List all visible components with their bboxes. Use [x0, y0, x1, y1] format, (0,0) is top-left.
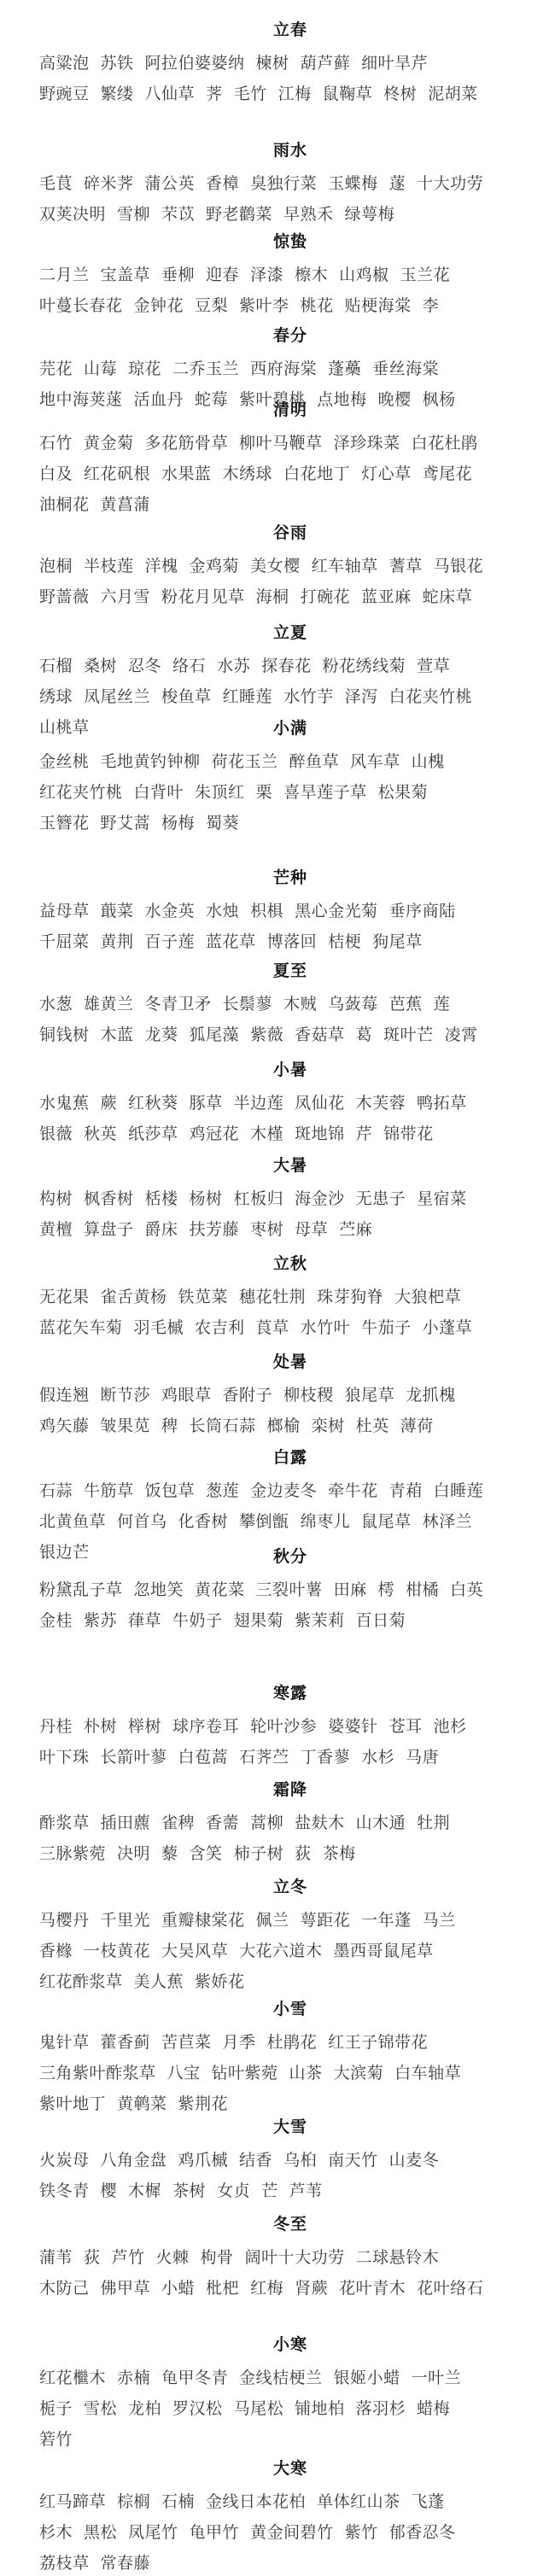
plant-name: 龟甲冬青 [161, 2369, 228, 2387]
plant-name: 牛筋草 [84, 1481, 134, 1500]
plant-name: 金鸡菊 [190, 557, 240, 575]
plant-name: 攀倒甑 [239, 1512, 289, 1531]
plant-name: 红睡莲 [223, 687, 273, 706]
plant-name: 枇杷 [206, 2279, 239, 2298]
plant-name: 六月雪 [101, 587, 151, 606]
plant-name: 酢浆草 [39, 1814, 90, 1832]
plant-name: 细叶旱芹 [361, 54, 428, 73]
plant-name: 黄鹌菜 [117, 2094, 167, 2113]
plant-name: 鼠鞠草 [323, 85, 373, 103]
plant-name: 豚草 [190, 1094, 223, 1113]
plant-name: 蓬蘽 [328, 359, 361, 378]
plant-name: 蓝亚麻 [361, 587, 412, 606]
plant-name: 丹桂 [39, 1717, 73, 1736]
solar-term-heading: 小暑 [0, 1059, 555, 1081]
plant-name: 稗 [161, 1417, 178, 1435]
plant-name: 红秋葵 [128, 1094, 178, 1113]
plant-name: 金桂 [39, 1611, 73, 1630]
plant-name: 花叶络石 [417, 2279, 483, 2298]
plant-line: 银薇秋英纸莎草鸡冠花木槿斑地锦芹锦带花 [39, 1119, 552, 1149]
plant-name: 毛地黄钓钟柳 [101, 752, 201, 771]
plant-name: 构树 [39, 1189, 73, 1208]
plant-name: 玉簪花 [39, 814, 90, 832]
plant-name: 石竹 [39, 434, 73, 453]
plant-name: 决明 [117, 1844, 150, 1863]
plant-line: 紫叶地丁黄鹌菜紫荆花 [39, 2088, 552, 2119]
plant-name: 假连翘 [39, 1386, 90, 1405]
plant-name: 木贼 [283, 995, 317, 1013]
plant-name: 大花六道木 [239, 1942, 323, 1960]
plant-line: 三脉紫菀决明藜含笑柿子树荻茶梅 [39, 1838, 552, 1869]
plant-name: 山麦冬 [389, 2151, 440, 2170]
plant-name: 北黄鱼草 [39, 1512, 106, 1531]
plant-name: 银姬小蜡 [334, 2369, 400, 2387]
plant-name: 白睡莲 [434, 1481, 484, 1500]
plant-name: 葫芦藓 [301, 54, 351, 73]
plant-name: 红马蹄草 [39, 2492, 106, 2511]
plant-name: 香橼 [39, 1942, 73, 1960]
plant-name: 碎米荠 [84, 174, 134, 193]
plant-name: 紫娇花 [195, 1972, 245, 1991]
plant-name: 檫木 [295, 266, 328, 284]
plant-name: 臭独行菜 [250, 174, 317, 193]
solar-term-heading: 夏至 [0, 960, 555, 982]
plant-list: 无花果雀舌黄杨铁苋菜穗花牡荆珠芽狗脊大狼杷草蓝花矢车菊羽毛槭农吉利莨草水竹叶牛茄… [39, 1282, 552, 1343]
plant-name: 海金沙 [295, 1189, 345, 1208]
plant-name: 铁苋菜 [178, 1288, 229, 1306]
plant-line: 高粱泡苏铁阿拉伯婆婆纳楝树葫芦藓细叶旱芹 [39, 48, 552, 79]
plant-name: 金丝桃 [39, 752, 90, 771]
plant-name: 荷花玉兰 [212, 752, 278, 771]
plant-list: 鬼针草藿香蓟苦苣菜月季杜鹃花红王子锦带花三角紫叶酢浆草八宝钻叶紫菀山茶大滨菊白车… [39, 2027, 552, 2119]
plant-list: 酢浆草插田藨雀稗香薷蒿柳盐麸木山木通牡荆三脉紫菀决明藜含笑柿子树荻茶梅 [39, 1808, 552, 1869]
plant-line: 石榴桑树忍冬络石水苏探春花粉花绣线菊萱草 [39, 651, 552, 681]
plant-name: 苦苣菜 [161, 2033, 212, 2052]
plant-line: 绣球凤尾丝兰梭鱼草红睡莲水竹芋泽泻白花夹竹桃 [39, 681, 552, 712]
plant-name: 金线日本花柏 [206, 2492, 306, 2511]
plant-name: 灯心草 [361, 464, 412, 483]
plant-line: 野豌豆繁缕八仙草荠毛竹江梅鼠鞠草柊树泥胡菜 [39, 79, 552, 109]
solar-term-heading: 芒种 [0, 867, 555, 889]
plant-name: 垂序商陆 [389, 902, 456, 920]
plant-name: 二球悬铃木 [356, 2248, 440, 2267]
plant-name: 紫叶地丁 [39, 2094, 106, 2113]
plant-list: 红花檵木赤楠龟甲冬青金线桔梗兰银姬小蜡一叶兰栀子雪松龙柏罗汉松马尾松铺地柏落羽杉… [39, 2363, 552, 2455]
plant-name: 一枝黄花 [84, 1942, 150, 1960]
plant-name: 红花檵木 [39, 2369, 106, 2387]
plant-name: 马尾松 [234, 2399, 284, 2418]
plant-name: 黄檀 [39, 1220, 73, 1239]
plant-name: 阔叶十大功劳 [245, 2248, 345, 2267]
plant-name: 箬竹 [39, 2430, 73, 2449]
plant-name: 棕榈 [117, 2492, 150, 2511]
plant-name: 黄花菜 [195, 1580, 245, 1599]
plant-name: 香樟 [206, 174, 239, 193]
plant-name: 蜡梅 [417, 2399, 450, 2418]
plant-name: 牛奶子 [172, 1611, 223, 1630]
plant-name: 三脉紫菀 [39, 1844, 106, 1863]
plant-name: 冬青卫矛 [145, 995, 212, 1013]
plant-name: 打碗花 [301, 587, 351, 606]
plant-name: 萱草 [417, 657, 450, 675]
plant-name: 红花酢浆草 [39, 1972, 123, 1991]
plant-name: 黄金间碧竹 [250, 2523, 334, 2542]
plant-name: 佛甲草 [101, 2279, 151, 2298]
plant-name: 鸡冠花 [190, 1124, 240, 1143]
plant-name: 一叶兰 [412, 2369, 462, 2387]
plant-name: 泽泻 [345, 687, 378, 706]
plant-name: 鸢尾花 [423, 464, 473, 483]
plant-name: 木樨 [128, 2182, 161, 2200]
plant-name: 枸骨 [201, 2248, 234, 2267]
plant-name: 水竹芋 [283, 687, 334, 706]
plant-line: 金丝桃毛地黄钓钟柳荷花玉兰醉鱼草风车草山槐 [39, 746, 552, 777]
plant-name: 长筒石蒜 [190, 1417, 256, 1435]
plant-name: 益母草 [39, 902, 90, 920]
plant-name: 蒲公英 [145, 174, 196, 193]
solar-term-heading: 小雪 [0, 1998, 555, 2020]
plant-line: 香橼一枝黄花大吴风草大花六道木墨西哥鼠尾草 [39, 1936, 552, 1966]
solar-term-heading: 清明 [0, 399, 555, 421]
plant-name: 赤楠 [117, 2369, 150, 2387]
plant-name: 金钟花 [134, 296, 184, 315]
plant-name: 水杉 [361, 1748, 394, 1767]
plant-list: 毛茛碎米荠蒲公英香樟臭独行菜玉蝶梅蓫十大功劳双荚决明雪柳芣苡野老鹳菜早熟禾绿萼梅 [39, 168, 552, 230]
plant-name: 泽漆 [250, 266, 283, 284]
plant-name: 长箭叶蓼 [101, 1748, 167, 1767]
plant-line: 无花果雀舌黄杨铁苋菜穗花牡荆珠芽狗脊大狼杷草 [39, 1282, 552, 1312]
plant-name: 莨草 [256, 1318, 289, 1337]
plant-name: 双荚决明 [39, 205, 106, 224]
plant-list: 红马蹄草棕榈石楠金线日本花柏单体红山茶飞蓬杉木黑松凤尾竹龟甲竹黄金间碧竹紫竹郁香… [39, 2486, 552, 2576]
plant-name: 蒿柳 [250, 1814, 283, 1832]
plant-name: 小蓬草 [423, 1318, 473, 1337]
plant-name: 铁冬青 [39, 2182, 90, 2200]
plant-name: 皱果苋 [101, 1417, 151, 1435]
plant-name: 芫花 [39, 359, 73, 378]
plant-name: 水葱 [39, 995, 73, 1013]
plant-name: 宝盖草 [101, 266, 151, 284]
plant-name: 木防己 [39, 2279, 90, 2298]
plant-name: 水金英 [145, 902, 196, 920]
plant-name: 大狼杷草 [394, 1288, 461, 1306]
plant-name: 蓝花草 [206, 932, 256, 951]
plant-line: 马樱丹千里光重瓣棣棠花佩兰萼距花一年蓬马兰 [39, 1905, 552, 1936]
plant-name: 凌霄 [445, 1025, 478, 1044]
plant-name: 穗花牡荆 [239, 1288, 306, 1306]
plant-name: 火炭母 [39, 2151, 90, 2170]
plant-name: 杨树 [190, 1189, 223, 1208]
plant-name: 南天竹 [328, 2151, 378, 2170]
plant-name: 化香树 [178, 1512, 229, 1531]
plant-line: 白及红花矾根水果蓝木绣球白花地丁灯心草鸢尾花 [39, 459, 552, 489]
plant-name: 银薇 [39, 1124, 73, 1143]
plant-name: 粉黛乱子草 [39, 1580, 123, 1599]
plant-name: 枳椇 [250, 902, 283, 920]
plant-name: 洋槐 [145, 557, 178, 575]
plant-name: 飞蓬 [412, 2492, 445, 2511]
plant-line: 野蔷薇六月雪粉花月见草海桐打碗花蓝亚麻蛇床草 [39, 581, 552, 612]
plant-name: 铜钱树 [39, 1025, 90, 1044]
plant-name: 花叶青木 [339, 2279, 406, 2298]
plant-name: 柿子树 [234, 1844, 284, 1863]
plant-name: 珠芽狗脊 [317, 1288, 383, 1306]
solar-term-heading: 白露 [0, 1446, 555, 1469]
plant-name: 芦苇 [289, 2182, 323, 2200]
plant-line: 黄檀算盘子爵床扶芳藤枣树母草苎麻 [39, 1214, 552, 1245]
plant-name: 榔榆 [267, 1417, 301, 1435]
plant-name: 林泽兰 [423, 1512, 473, 1531]
plant-name: 蜀葵 [206, 814, 239, 832]
plant-name: 喜旱莲子草 [283, 783, 367, 802]
plant-name: 石荠苎 [239, 1748, 289, 1767]
plant-list: 水葱雄黄兰冬青卫矛长鬃蓼木贼乌蔹莓芭蕉莲铜钱树木蓝龙葵狐尾藻紫薇香菇草葛斑叶芒凌… [39, 989, 552, 1050]
plant-name: 毛茛 [39, 174, 73, 193]
plant-name: 池杉 [434, 1717, 467, 1736]
plant-name: 结香 [239, 2151, 272, 2170]
plant-name: 农吉利 [195, 1318, 245, 1337]
plant-name: 落羽杉 [356, 2399, 406, 2418]
plant-name: 铺地柏 [295, 2399, 345, 2418]
plant-name: 葎草 [128, 1611, 161, 1630]
plant-name: 金线桔梗兰 [239, 2369, 323, 2387]
plant-name: 半枝莲 [84, 557, 134, 575]
plant-line: 益母草蕺菜水金英水烛枳椇黑心金光菊垂序商陆 [39, 896, 552, 926]
plant-name: 罗汉松 [172, 2399, 223, 2418]
plant-name: 苍耳 [389, 1717, 423, 1736]
plant-line: 蒲苇荻芦竹火棘枸骨阔叶十大功劳二球悬铃木 [39, 2242, 552, 2273]
plant-name: 白英 [450, 1580, 483, 1599]
plant-name: 轮叶沙参 [250, 1717, 317, 1736]
plant-list: 火炭母八角金盘鸡爪槭结香乌桕南天竹山麦冬铁冬青樱木樨茶树女贞芒芦苇 [39, 2145, 552, 2206]
plant-name: 青葙 [389, 1481, 423, 1500]
plant-name: 野豌豆 [39, 85, 90, 103]
plant-name: 斑地锦 [295, 1124, 345, 1143]
plant-name: 柊树 [383, 85, 417, 103]
plant-name: 粉花绣线菊 [323, 657, 406, 675]
plant-name: 二月兰 [39, 266, 90, 284]
plant-name: 黑心金光菊 [295, 902, 378, 920]
plant-name: 八角金盘 [101, 2151, 167, 2170]
plant-name: 佩兰 [256, 1911, 289, 1930]
plant-line: 铜钱树木蓝龙葵狐尾藻紫薇香菇草葛斑叶芒凌霄 [39, 1019, 552, 1050]
plant-name: 白花地丁 [283, 464, 350, 483]
plant-line: 红马蹄草棕榈石楠金线日本花柏单体红山茶飞蓬 [39, 2486, 552, 2517]
solar-term-heading: 立春 [0, 19, 555, 41]
plant-name: 忍冬 [128, 657, 161, 675]
plant-line: 二月兰宝盖草垂柳迎春泽漆檫木山鸡椒玉兰花 [39, 260, 552, 290]
plant-name: 红梅 [250, 2279, 283, 2298]
plant-name: 水苏 [217, 657, 250, 675]
plant-name: 荻 [84, 2248, 101, 2267]
solar-term-heading: 雨水 [0, 139, 555, 161]
plant-name: 蓍草 [389, 557, 423, 575]
solar-term-heading: 大暑 [0, 1154, 555, 1177]
plant-name: 豆梨 [195, 296, 228, 315]
plant-line: 毛茛碎米荠蒲公英香樟臭独行菜玉蝶梅蓫十大功劳 [39, 168, 552, 199]
plant-line: 蓝花矢车菊羽毛槭农吉利莨草水竹叶牛茄子小蓬草 [39, 1312, 552, 1343]
plant-name: 牛茄子 [361, 1318, 412, 1337]
plant-name: 栝楼 [145, 1189, 178, 1208]
plant-name: 断节莎 [101, 1386, 151, 1405]
plant-name: 石楠 [161, 2492, 195, 2511]
plant-name: 重瓣棣棠花 [161, 1911, 245, 1930]
plant-name: 牡荆 [417, 1814, 450, 1832]
plant-list: 高粱泡苏铁阿拉伯婆婆纳楝树葫芦藓细叶旱芹野豌豆繁缕八仙草荠毛竹江梅鼠鞠草柊树泥胡… [39, 48, 552, 109]
plant-name: 龙抓槐 [406, 1386, 456, 1405]
plant-name: 垂丝海棠 [372, 359, 439, 378]
plant-name: 山莓 [84, 359, 117, 378]
plant-name: 黄金菊 [84, 434, 134, 453]
plant-name: 垂柳 [161, 266, 195, 284]
plant-name: 野蔷薇 [39, 587, 90, 606]
plant-line: 假连翘断节莎鸡眼草香附子柳枝稷狼尾草龙抓槐 [39, 1380, 552, 1411]
plant-line: 水葱雄黄兰冬青卫矛长鬃蓼木贼乌蔹莓芭蕉莲 [39, 989, 552, 1019]
plant-line: 杉木黑松凤尾竹龟甲竹黄金间碧竹紫竹郁香忍冬 [39, 2517, 552, 2548]
plant-name: 绵枣儿 [301, 1512, 351, 1531]
plant-name: 杜鹃花 [267, 2033, 318, 2052]
plant-name: 绿萼梅 [345, 205, 395, 224]
plant-name: 雄黄兰 [84, 995, 134, 1013]
plant-name: 栗 [256, 783, 273, 802]
plant-name: 星宿菜 [417, 1189, 467, 1208]
plant-name: 丁香蓼 [301, 1748, 351, 1767]
plant-name: 郁香忍冬 [389, 2523, 456, 2542]
plant-name: 斑叶芒 [383, 1025, 434, 1044]
plant-name: 田麻 [334, 1580, 367, 1599]
plant-name: 紫叶李 [239, 296, 289, 315]
plant-name: 凤尾竹 [128, 2523, 178, 2542]
plant-name: 毛竹 [234, 85, 267, 103]
plant-line: 双荚决明雪柳芣苡野老鹳菜早熟禾绿萼梅 [39, 199, 552, 230]
plant-name: 龟甲竹 [190, 2523, 240, 2542]
plant-name: 大滨菊 [334, 2064, 384, 2082]
plant-name: 乌蔹莓 [328, 995, 378, 1013]
plant-name: 芣苡 [161, 205, 195, 224]
plant-name: 朱顶红 [195, 783, 245, 802]
plant-name: 迎春 [206, 266, 239, 284]
plant-name: 三角紫叶酢浆草 [39, 2064, 156, 2082]
plant-list: 构树枫香树栝楼杨树杠板归海金沙无患子星宿菜黄檀算盘子爵床扶芳藤枣树母草苎麻 [39, 1183, 552, 1245]
solar-term-heading: 处暑 [0, 1351, 555, 1373]
plant-name: 枫香树 [84, 1189, 134, 1208]
plant-name: 马唐 [406, 1748, 439, 1767]
plant-name: 马樱丹 [39, 1911, 90, 1930]
plant-name: 西府海棠 [250, 359, 317, 378]
plant-line: 鬼针草藿香蓟苦苣菜月季杜鹃花红王子锦带花 [39, 2027, 552, 2058]
plant-name: 樗 [378, 1580, 395, 1599]
plant-name: 狐尾藻 [190, 1025, 240, 1044]
plant-line: 石蒜牛筋草饭包草葱莲金边麦冬牵牛花青葙白睡莲 [39, 1475, 552, 1506]
plant-name: 白背叶 [134, 783, 184, 802]
plant-name: 紫薇 [250, 1025, 283, 1044]
plant-name: 鸡眼草 [161, 1386, 212, 1405]
plant-name: 龙柏 [128, 2399, 161, 2418]
plant-name: 饭包草 [145, 1481, 196, 1500]
solar-term-heading: 秋分 [0, 1545, 555, 1568]
plant-line: 水鬼蕉蕨红秋葵豚草半边莲凤仙花木芙蓉鸭拓草 [39, 1088, 552, 1119]
plant-name: 江梅 [278, 85, 312, 103]
plant-name: 柳叶马鞭草 [239, 434, 323, 453]
plant-name: 柑橘 [406, 1580, 439, 1599]
plant-name: 李 [423, 296, 440, 315]
plant-name: 醉鱼草 [289, 752, 340, 771]
plant-name: 榉树 [128, 1717, 161, 1736]
plant-name: 藜 [161, 1844, 178, 1863]
plant-name: 木绣球 [223, 464, 273, 483]
plant-name: 三裂叶薯 [256, 1580, 323, 1599]
plant-name: 一年蓬 [361, 1911, 412, 1930]
plant-name: 凤仙花 [295, 1094, 345, 1113]
plant-name: 博落回 [267, 932, 318, 951]
solar-term-heading: 立秋 [0, 1253, 555, 1275]
plant-name: 黑松 [84, 2523, 117, 2542]
plant-name: 山茶 [289, 2064, 323, 2082]
plant-name: 蕨 [101, 1094, 118, 1113]
plant-name: 芭蕉 [389, 995, 423, 1013]
plant-list: 水鬼蕉蕨红秋葵豚草半边莲凤仙花木芙蓉鸭拓草银薇秋英纸莎草鸡冠花木槿斑地锦芹锦带花 [39, 1088, 552, 1149]
plant-name: 苏铁 [101, 54, 134, 73]
plant-line: 火炭母八角金盘鸡爪槭结香乌桕南天竹山麦冬 [39, 2145, 552, 2176]
solar-term-heading: 大雪 [0, 2116, 555, 2138]
plant-name: 藿香蓟 [101, 2033, 151, 2052]
plant-name: 单体红山茶 [317, 2492, 400, 2511]
plant-name: 石蒜 [39, 1481, 73, 1500]
plant-name: 盐麸木 [295, 1814, 345, 1832]
plant-line: 叶蔓长春花金钟花豆梨紫叶李桃花贴梗海棠李 [39, 290, 552, 321]
plant-name: 蓝花矢车菊 [39, 1318, 123, 1337]
plant-name: 油桐花 [39, 495, 90, 514]
plant-name: 十大功劳 [417, 174, 483, 193]
plant-name: 芦竹 [112, 2248, 145, 2267]
plant-list: 蒲苇荻芦竹火棘枸骨阔叶十大功劳二球悬铃木木防己佛甲草小蜡枇杷红梅肾蕨花叶青木花叶… [39, 2242, 552, 2304]
plant-name: 薄荷 [400, 1417, 434, 1435]
plant-line: 金桂紫苏葎草牛奶子翅果菊紫茉莉百日菊 [39, 1605, 552, 1636]
plant-line: 荔枝草常春藤 [39, 2548, 552, 2576]
plant-name: 红王子锦带花 [328, 2033, 428, 2052]
plant-name: 二乔玉兰 [172, 359, 239, 378]
plant-name: 无花果 [39, 1288, 90, 1306]
plant-name: 水果蓝 [161, 464, 212, 483]
plant-name: 桔梗 [328, 932, 361, 951]
solar-term-heading: 冬至 [0, 2213, 555, 2235]
plant-name: 楝树 [256, 54, 289, 73]
plant-name: 鼠尾草 [361, 1512, 412, 1531]
plant-name: 八仙草 [145, 85, 196, 103]
plant-line: 鸡矢藤皱果苋稗长筒石蒜榔榆栾树杜英薄荷 [39, 1411, 552, 1441]
plant-name: 狼尾草 [345, 1386, 395, 1405]
plant-name: 鸡爪槭 [178, 2151, 229, 2170]
plant-list: 马樱丹千里光重瓣棣棠花佩兰萼距花一年蓬马兰香橼一枝黄花大吴风草大花六道木墨西哥鼠… [39, 1905, 552, 1997]
plant-name: 栀子 [39, 2399, 73, 2418]
plant-name: 蕺菜 [101, 902, 134, 920]
plant-name: 栾树 [312, 1417, 345, 1435]
solar-term-heading: 小满 [0, 717, 555, 739]
plant-line: 红花夹竹桃白背叶朱顶红栗喜旱莲子草松果菊 [39, 777, 552, 808]
plant-name: 香附子 [223, 1386, 273, 1405]
plant-name: 玉蝶梅 [328, 174, 378, 193]
plant-name: 半边莲 [234, 1094, 284, 1113]
plant-name: 葱莲 [206, 1481, 239, 1500]
plant-name: 雀舌黄杨 [101, 1288, 167, 1306]
plant-name: 肾蕨 [295, 2279, 328, 2298]
plant-name: 杜英 [356, 1417, 389, 1435]
plant-name: 马兰 [423, 1911, 456, 1930]
plant-line: 叶下珠长箭叶蓼白苞蒿石荠苎丁香蓼水杉马唐 [39, 1742, 552, 1773]
plant-name: 长鬃蓼 [223, 995, 273, 1013]
plant-name: 梭鱼草 [161, 687, 212, 706]
plant-name: 蒲苇 [39, 2248, 73, 2267]
